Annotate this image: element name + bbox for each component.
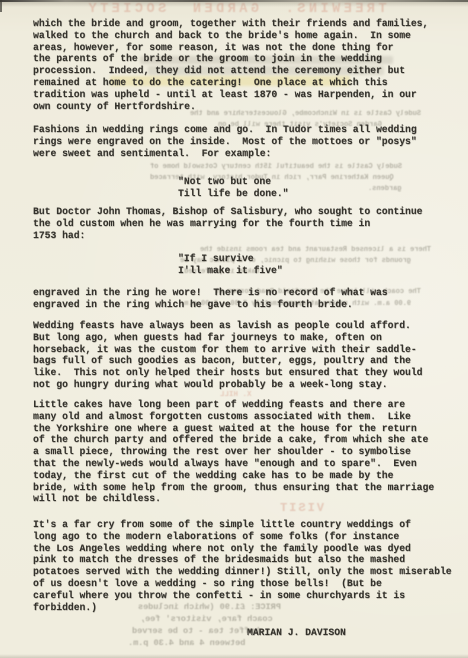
quote-ring-posy-1: "Not two but oneTill life be done." bbox=[178, 176, 288, 200]
text-line: engraved in the ring which he gave to hi… bbox=[33, 299, 388, 311]
text-line: "Not two but one bbox=[178, 176, 288, 188]
text-line: potatoes served with the wedding dinner!… bbox=[33, 566, 452, 578]
text-line: long ago to the modern elaborations of s… bbox=[33, 531, 452, 543]
text-line: rings were engraved on the inside. Most … bbox=[33, 136, 417, 148]
document-page: TREEWINS. GARDEN SOCIETYSudely Castle is… bbox=[0, 0, 468, 658]
text-line: many old and almost forgotten customs as… bbox=[33, 411, 434, 423]
scan-left-edge bbox=[0, 0, 2, 12]
text-line: a small piece, throwing the rest over he… bbox=[33, 446, 434, 458]
paragraph-little-cakes: Little cakes have long been part of wedd… bbox=[33, 399, 434, 505]
text-line: bride, with some help from the groom, th… bbox=[33, 482, 434, 494]
text-line: Fashions in wedding rings come and go. I… bbox=[33, 124, 417, 136]
text-line: MARIAN J. DAVISON bbox=[247, 627, 346, 639]
text-line: I'll make it five" bbox=[178, 265, 283, 277]
text-line: It's a far cry from some of the simple l… bbox=[33, 519, 452, 531]
text-line: bags full of such goodies as bacon, butt… bbox=[33, 355, 423, 367]
text-line: Little cakes have long been part of wedd… bbox=[33, 399, 434, 411]
paragraph-engraved-ring: engraved in the ring he wore! There is n… bbox=[33, 287, 388, 311]
text-line: pink to match the dresses of the bridesm… bbox=[33, 554, 452, 566]
text-line: But long ago, when guests had far journe… bbox=[33, 332, 423, 344]
scan-bottom-edge bbox=[0, 654, 468, 658]
text-line: were sweet and sentimental. For example: bbox=[33, 148, 417, 160]
text-line: procession. Indeed, they did not attend … bbox=[33, 65, 428, 77]
author-signature: MARIAN J. DAVISON bbox=[247, 627, 346, 639]
text-line: Wedding feasts have always been as lavis… bbox=[33, 320, 423, 332]
text-line: walked to the church and back to the bri… bbox=[33, 30, 428, 42]
text-line: 1753 had: bbox=[33, 230, 423, 242]
text-line: the Yorkshire one where a guest waited a… bbox=[33, 423, 434, 435]
text-line: the old custom when he was marrying for … bbox=[33, 218, 423, 230]
text-line: the parents of the bride or the groom to… bbox=[33, 53, 428, 65]
scan-top-edge-shadow bbox=[0, 2, 468, 7]
text-line: today, the first cut of the wedding cake… bbox=[33, 470, 434, 482]
text-line: own county of Hertfordshire. bbox=[33, 101, 428, 113]
text-line: areas, however, for some reason, it was … bbox=[33, 42, 428, 54]
paragraph-wedding-procession: which the bride and groom, together with… bbox=[33, 18, 428, 112]
quote-ring-posy-2: "If I surviveI'll make it five" bbox=[178, 253, 283, 277]
text-line: But Doctor John Thomas, Bishop of Salisb… bbox=[33, 206, 423, 218]
text-line: which the bride and groom, together with… bbox=[33, 18, 428, 30]
typed-text-layer: which the bride and groom, together with… bbox=[0, 0, 468, 658]
text-line: careful where you throw the confetti - i… bbox=[33, 590, 452, 602]
paragraph-far-cry: It's a far cry from some of the simple l… bbox=[33, 519, 452, 613]
text-line: that the newly-weds would always have "e… bbox=[33, 458, 434, 470]
text-line: forbidden.) bbox=[33, 602, 452, 614]
text-line: Till life be done." bbox=[178, 188, 288, 200]
paragraph-wedding-rings: Fashions in wedding rings come and go. I… bbox=[33, 124, 417, 159]
text-line: will not be childless. bbox=[33, 493, 434, 505]
text-line: of the church party and offered the brid… bbox=[33, 434, 434, 446]
text-line: horseback, it was the custom for them to… bbox=[33, 344, 423, 356]
text-line: not go hungry during what would probably… bbox=[33, 379, 423, 391]
text-line: the Los Angeles wedding where not only t… bbox=[33, 543, 452, 555]
text-line: engraved in the ring he wore! There is n… bbox=[33, 287, 388, 299]
paragraph-bishop-of-salisbury: But Doctor John Thomas, Bishop of Salisb… bbox=[33, 206, 423, 241]
text-line: remained at home to do the catering! One… bbox=[33, 77, 428, 89]
text-line: "If I survive bbox=[178, 253, 283, 265]
paragraph-wedding-feasts: Wedding feasts have always been as lavis… bbox=[33, 320, 423, 391]
text-line: of us doesn't love a wedding - so ring t… bbox=[33, 578, 452, 590]
text-line: like. This not only helped their hosts b… bbox=[33, 367, 423, 379]
text-line: tradition was upheld - until at least 18… bbox=[33, 89, 428, 101]
